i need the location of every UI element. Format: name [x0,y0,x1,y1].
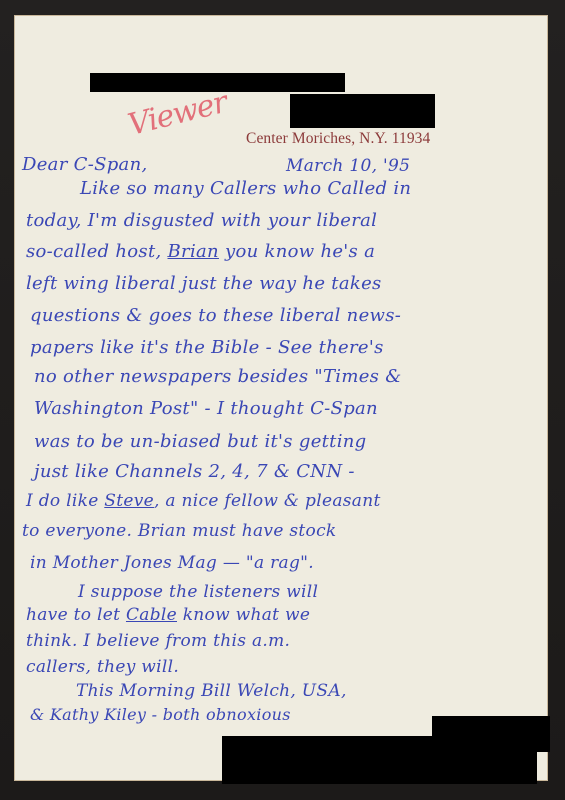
letter-line-4: left wing liberal just the way he takes [26,273,382,294]
redaction-signature-lower [222,736,537,784]
underlined-steve: Steve [104,491,154,511]
redaction-street [290,94,435,128]
letter-line-7: no other newspapers besides "Times & [34,366,402,387]
letter-line-13: in Mother Jones Mag — "a rag". [30,553,314,573]
underlined-cable: Cable [126,605,177,625]
letterhead-address: Center Moriches, N.Y. 11934 [246,130,430,148]
line-15-a: have to let [26,605,126,625]
letter-line-15: have to let Cable know what we [26,605,310,625]
line-11-b: , a nice fellow & pleasant [154,491,381,511]
line-15-b: know what we [177,605,310,625]
letter-line-19: & Kathy Kiley - both obnoxious [30,705,291,724]
letter-line-9: was to be un-biased but it's getting [34,431,366,452]
letter-line-1: Like so many Callers who Called in [80,178,411,199]
letter-line-2: today, I'm disgusted with your liberal [26,210,377,231]
date: March 10, '95 [286,156,410,176]
line-3-b: you know he's a [219,241,375,262]
letter-line-18: This Morning Bill Welch, USA, [76,681,347,701]
letter-line-3: so-called host, Brian you know he's a [26,241,375,262]
letter-line-11: I do like Steve, a nice fellow & pleasan… [26,491,381,511]
underlined-brian: Brian [168,241,219,262]
letter-line-16: think. I believe from this a.m. [26,631,290,651]
letter-line-10: just like Channels 2, 4, 7 & CNN - [34,461,355,482]
letter-line-5: questions & goes to these liberal news- [30,305,401,326]
letter-line-12: to everyone. Brian must have stock [22,521,337,541]
letter-line-14: I suppose the listeners will [78,582,318,602]
line-3-a: so-called host, [26,241,168,262]
letter-line-8: Washington Post" - I thought C-Span [34,398,378,419]
letter-line-6: papers like it's the Bible - See there's [30,337,384,358]
line-11-a: I do like [26,491,104,511]
salutation: Dear C-Span, [22,154,148,175]
letter-line-17: callers, they will. [26,657,179,677]
